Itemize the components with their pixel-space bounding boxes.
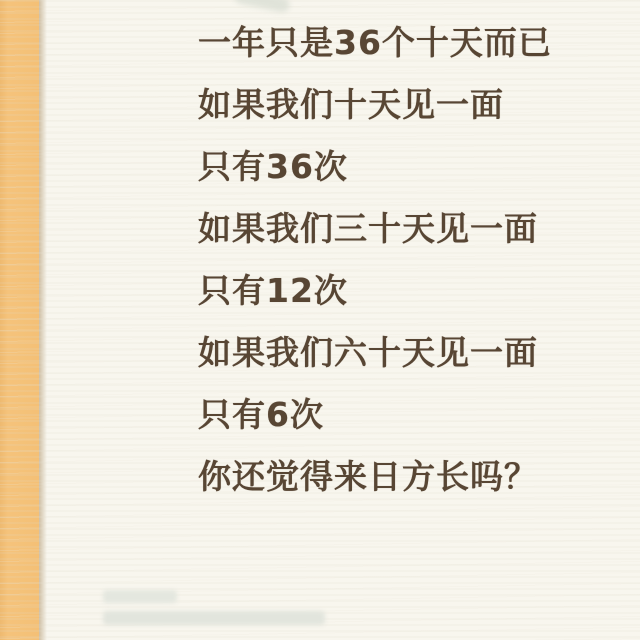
poem-line: 只有36次 <box>198 136 552 198</box>
left-accent-stripe <box>0 0 39 640</box>
poem-line: 只有6次 <box>198 384 552 446</box>
poem-line: 如果我们六十天见一面 <box>198 322 552 384</box>
stripe-shadow-edge <box>39 0 47 640</box>
poem-line: 你还觉得来日方长吗？ <box>198 446 552 508</box>
poem-line: 只有12次 <box>198 260 552 322</box>
blurred-watermark-bar-short <box>103 590 177 603</box>
poem-text-block: 一年只是36个十天而已 如果我们十天见一面 只有36次 如果我们三十天见一面 只… <box>198 12 552 508</box>
quote-card: 一年只是36个十天而已 如果我们十天见一面 只有36次 如果我们三十天见一面 只… <box>0 0 640 640</box>
poem-line: 一年只是36个十天而已 <box>198 12 552 74</box>
poem-line: 如果我们十天见一面 <box>198 74 552 136</box>
blurred-watermark-bar-long <box>103 611 325 625</box>
poem-line: 如果我们三十天见一面 <box>198 198 552 260</box>
